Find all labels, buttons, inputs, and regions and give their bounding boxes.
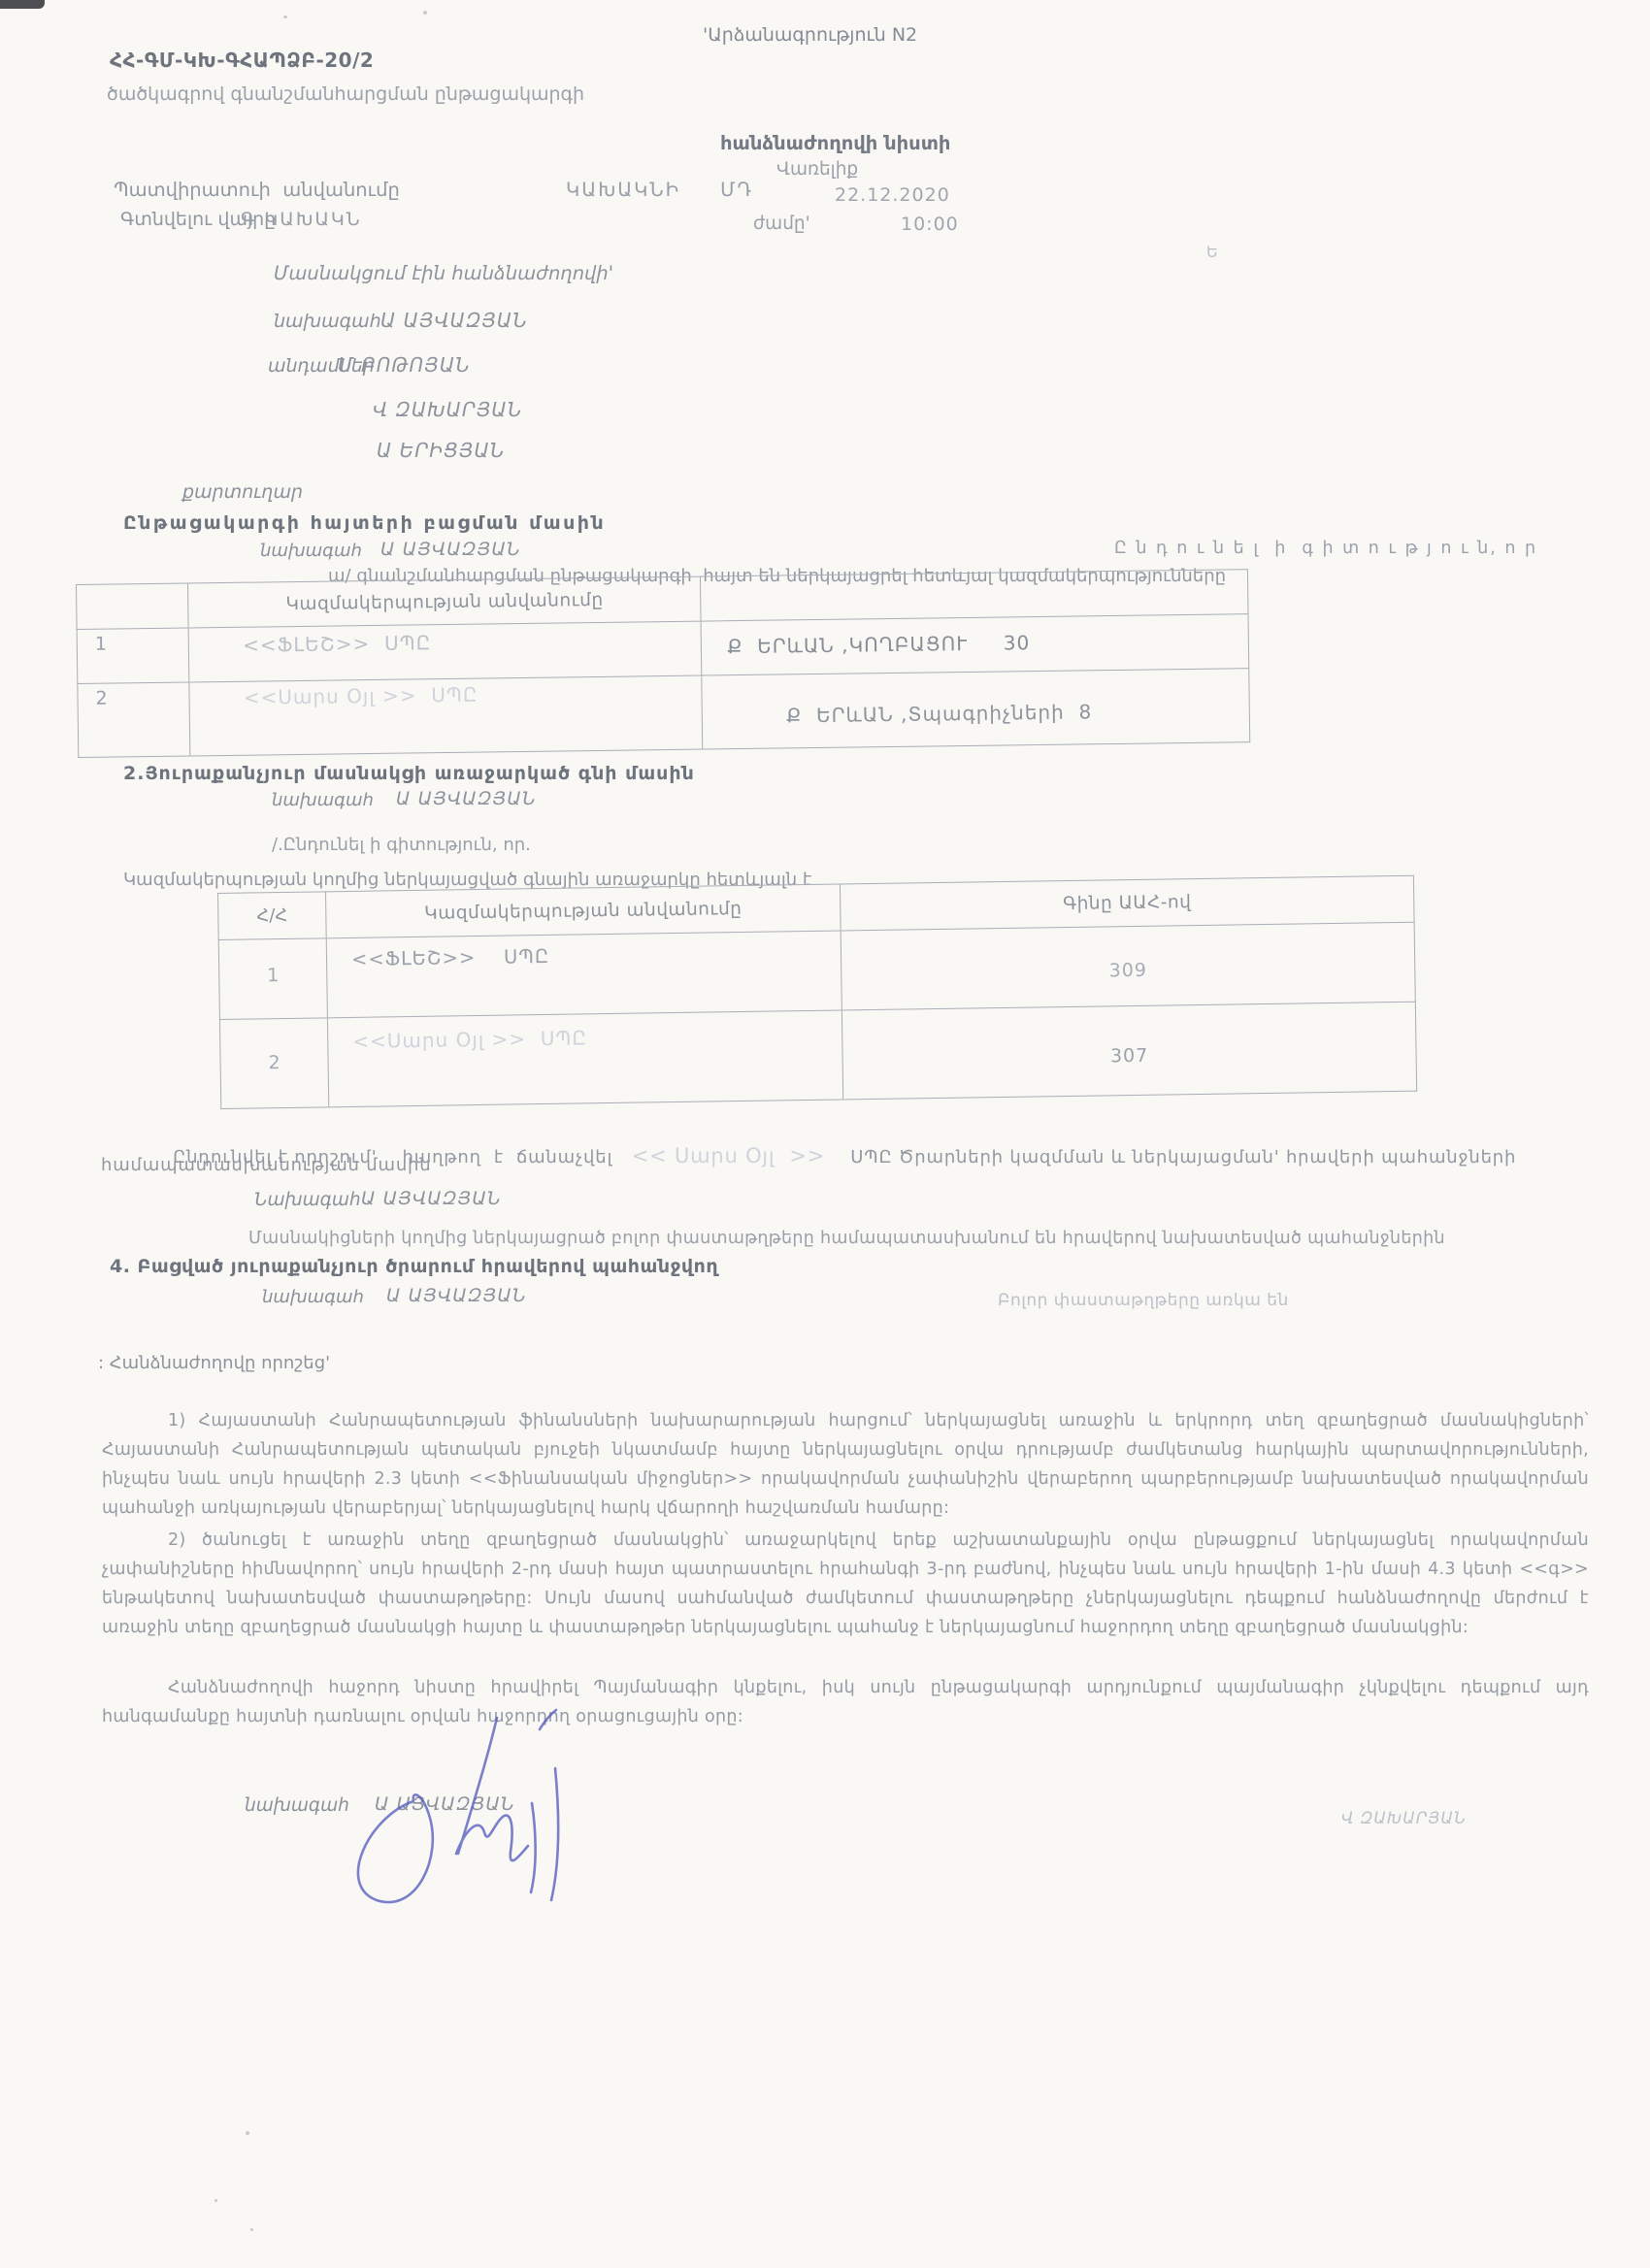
row-number: 2 — [95, 688, 107, 709]
decision-post: ՍՊԸ Ծրարների կազմման և ներկայացման' հրավ… — [825, 1147, 1516, 1167]
document-code-caption: ծածկագրով գնանշմանհարցման ընթացակարգի — [107, 83, 584, 105]
handwritten-signature — [291, 1708, 631, 1926]
location-value: Գ ԿԱԽԱԿՆ — [241, 209, 362, 230]
company-name: <<Սարս Օյլ >> ՍՊԸ — [352, 1026, 587, 1053]
table2-header-name: Կազմակերպության անվանումը — [424, 899, 742, 924]
signature-member-name: Վ ԶԱԽԱՐՅԱՆ — [1341, 1809, 1467, 1827]
document-code: ՀՀ-ԳՄ-ԿԽ-ԳՀԱՊՁԲ-20/2 — [110, 49, 374, 72]
chair-label: նախագահ — [272, 790, 374, 810]
section1-heading: Ընթացակարգի հայտերի բացման մասին — [123, 512, 606, 534]
scanned-protocol-document: Ե 'Արձանագրություն N2 ՀՀ-ԳՄ-ԿԽ-ԳՀԱՊՁԲ-20… — [0, 0, 1650, 2268]
chair-name: Ա ԱՅՎԱԶՅԱՆ — [396, 788, 537, 809]
winner-decision-line2: համապատասխանության մասին — [101, 1155, 431, 1175]
scan-corner-smudge — [0, 0, 45, 9]
company-address: Ք ԵՐևԱՆ ,ԿՈՂԲԱՑՈՒ 30 — [727, 631, 1030, 658]
price-table: Հ/Հ Կազմակերպության անվանումը Գինը ԱԱՀ-ո… — [217, 875, 1417, 1109]
row-number: 2 — [268, 1052, 280, 1073]
section2-heading: 2.Յուրաքանչյուր մասնակցի առաջարկած գնի մ… — [123, 763, 695, 784]
chair-label: Նախագահ — [254, 1190, 361, 1210]
company-name: <<ՖԼԵՇ>> ՍՊԸ — [243, 631, 432, 657]
member-name: Մ ԲՈԹՈՅԱՆ — [338, 353, 471, 377]
company-address: Ք ԵՐևԱՆ ,Տպագրիչների 8 — [786, 700, 1092, 727]
chair-label: նախագահ — [274, 311, 381, 332]
time-label: ժամը' — [753, 214, 810, 234]
price-value: 307 — [1110, 1045, 1149, 1068]
scan-speck — [214, 2199, 217, 2202]
customer-value: ԿԱԽԱԿՆԻ ՄԴ — [566, 179, 753, 201]
row-number: 1 — [267, 965, 279, 986]
price-value: 309 — [1109, 960, 1148, 982]
chair-name: Ա ԱՅՎԱԶՅԱՆ — [361, 1188, 502, 1209]
chair-name: Ա ԱՅՎԱԶՅԱՆ — [380, 539, 521, 560]
member-name: Վ ԶԱԽԱՐՅԱՆ — [373, 398, 522, 421]
scan-stray-mark: Ե — [1206, 243, 1218, 261]
chair-name: Ա ԱՅՎԱԶՅԱՆ — [380, 309, 528, 332]
decision-intro: : Հանձնաժողովը որոշեց' — [98, 1353, 330, 1373]
customer-label: Պատվիրատուի անվանումը — [114, 179, 400, 201]
chair-label: նախագահ — [260, 541, 362, 561]
secretary-label: քարտուղար — [182, 481, 303, 503]
winner-name: << Սարս Օյլ >> — [632, 1144, 825, 1167]
table2-header-num: Հ/Հ — [256, 905, 287, 926]
table2-header-price: Գինը ԱԱՀ-ով — [1063, 892, 1192, 914]
participants-intro: Մասնակցում էին հանձնաժողովի' — [274, 262, 613, 284]
compliance-statement: Մասնակիցների կողմից ներկայացրած բոլոր փա… — [248, 1229, 1445, 1248]
bidders-table: Կազմակերպության անվանումը 1 <<ՖԼԵՇ>> ՍՊԸ… — [76, 569, 1250, 758]
time-value: 10:00 — [901, 214, 959, 235]
scan-speck — [423, 11, 427, 15]
member-name: Ա ԵՐԻՑՅԱՆ — [377, 439, 505, 462]
decision-paragraph-2: 2) ծանուցել է առաջին տեղը զբաղեցրած մասն… — [102, 1526, 1589, 1642]
scan-speck — [250, 2228, 253, 2231]
protocol-title: 'Արձանագրություն N2 — [703, 24, 917, 46]
row-number: 1 — [95, 634, 107, 655]
meeting-caption: հանձնաժողովի նիստի — [720, 132, 950, 154]
chair-name: Ա ԱՅՎԱԶՅԱՆ — [386, 1285, 527, 1306]
company-name: <<Սարս Օյլ >> ՍՊԸ — [244, 683, 478, 709]
acknowledge-note: Ը ն դ ո ւ ն ե լ ի գ ի տ ո ւ թ յ ո ւ ն, ո… — [1114, 539, 1537, 558]
table1-header-name: Կազմակերպության անվանումը — [285, 590, 604, 614]
decision-paragraph-1: 1) Հայաստանի Հանրապետության ֆինանսների ն… — [102, 1406, 1589, 1523]
chair-label: նախագահ — [262, 1287, 364, 1307]
acknowledge-note-2: /.Ընդունել ի գիտություն, որ. — [272, 835, 531, 855]
documents-present-note: Բոլոր փաստաթղթերը առկա են — [998, 1291, 1289, 1310]
section4-heading: 4. Բացված յուրաքանչյուր ծրարում հրավերով… — [110, 1256, 718, 1277]
scan-speck — [283, 16, 287, 18]
company-name: <<ՖԼԵՇ>> ՍՊԸ — [351, 945, 549, 970]
scan-speck — [246, 2131, 249, 2135]
fuel-label: Վառելիք — [776, 159, 858, 180]
meeting-date: 22.12.2020 — [835, 184, 950, 206]
